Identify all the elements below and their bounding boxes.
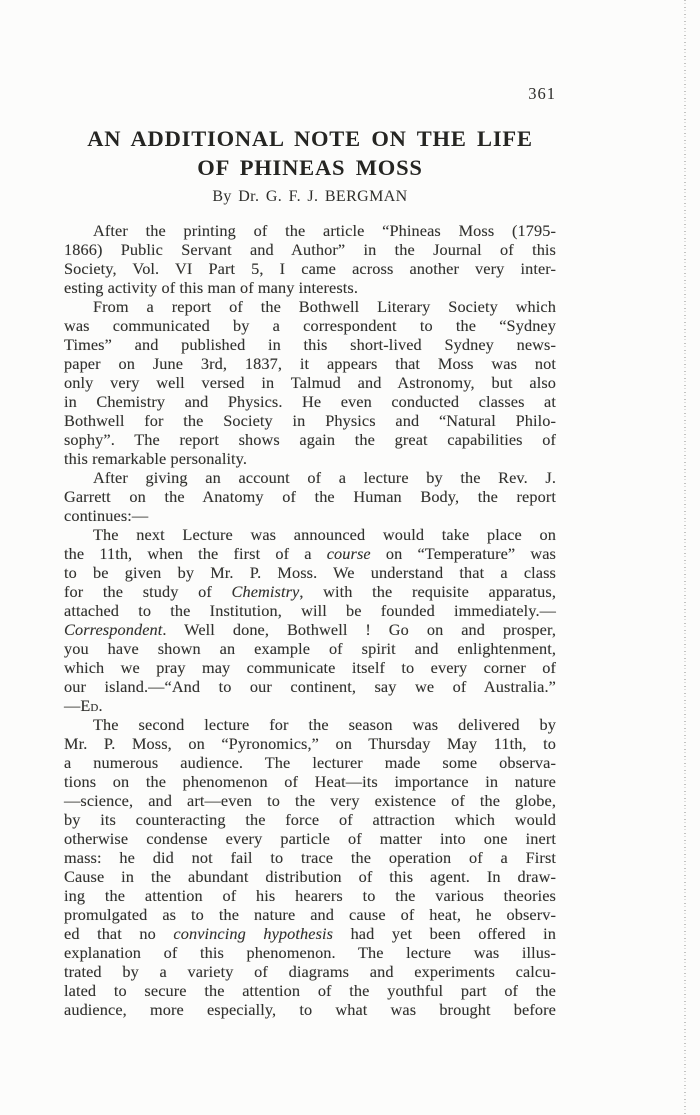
text-segment: sophy”. The report shows again the great… (64, 430, 556, 449)
text-line: otherwise condense every particle of mat… (64, 829, 556, 848)
text-segment: Cause in the abundant distribution of th… (64, 867, 556, 886)
text-line: Society, Vol. VI Part 5, I came across a… (64, 259, 556, 278)
text-line: mass: he did not fail to trace the opera… (64, 848, 556, 867)
text-segment: this remarkable personality. (64, 449, 247, 468)
text-line: Garrett on the Anatomy of the Human Body… (64, 487, 556, 506)
text-line: trated by a variety of diagrams and expe… (64, 962, 556, 981)
text-line: From a report of the Bothwell Literary S… (64, 297, 556, 316)
article-title-line2: OF PHINEAS MOSS (64, 153, 556, 182)
text-line: promulgated as to the nature and cause o… (64, 905, 556, 924)
text-segment: . Well done, Bothwell ! Go on and prospe… (162, 620, 556, 639)
text-line: by its counteracting the force of attrac… (64, 810, 556, 829)
text-segment: by its counteracting the force of attrac… (64, 810, 556, 829)
text-segment: Society, Vol. VI Part 5, I came across a… (64, 259, 556, 278)
text-line: tions on the phenomenon of Heat—its impo… (64, 772, 556, 791)
italic-text: Chemistry (232, 582, 300, 601)
smallcaps-text: —Ed. (64, 696, 103, 715)
text-segment: for the study of (64, 582, 232, 601)
text-line: —Ed. (64, 696, 556, 715)
text-segment: The second lecture for the season was de… (93, 715, 556, 734)
text-segment: promulgated as to the nature and cause o… (64, 905, 556, 924)
text-segment: ed that no (64, 924, 173, 943)
text-segment: explanation of this phenomenon. The lect… (64, 943, 556, 962)
text-segment: attached to the Institution, will be fou… (64, 601, 556, 620)
text-line: After giving an account of a lecture by … (64, 468, 556, 487)
text-line: in Chemistry and Physics. He even conduc… (64, 392, 556, 411)
text-column: 361 AN ADDITIONAL NOTE ON THE LIFE OF PH… (64, 0, 556, 1019)
text-segment: After giving an account of a lecture by … (93, 468, 556, 487)
text-segment: 1866) Public Servant and Author” in the … (64, 240, 556, 259)
italic-text: course (327, 544, 371, 563)
text-line: 1866) Public Servant and Author” in the … (64, 240, 556, 259)
text-line: which we pray may communicate itself to … (64, 658, 556, 677)
text-segment: you have shown an example of spirit and … (64, 639, 556, 658)
text-segment: which we pray may communicate itself to … (64, 658, 556, 677)
paragraph: From a report of the Bothwell Literary S… (64, 297, 556, 468)
text-line: Bothwell for the Society in Physics and … (64, 411, 556, 430)
text-segment: After the printing of the article “Phine… (93, 221, 556, 240)
text-line: ed that no convincing hypothesis had yet… (64, 924, 556, 943)
paragraph: After the printing of the article “Phine… (64, 221, 556, 297)
text-segment: in Chemistry and Physics. He even conduc… (64, 392, 556, 411)
page-number: 361 (64, 84, 556, 104)
text-line: paper on June 3rd, 1837, it appears that… (64, 354, 556, 373)
text-line: Cause in the abundant distribution of th… (64, 867, 556, 886)
text-segment: our island.—“And to our continent, say w… (64, 677, 556, 696)
text-segment: continues:— (64, 506, 148, 525)
text-line: attached to the Institution, will be fou… (64, 601, 556, 620)
text-segment: Bothwell for the Society in Physics and … (64, 411, 556, 430)
article-byline: By Dr. G. F. J. BERGMAN (64, 188, 556, 206)
text-segment: otherwise condense every particle of mat… (64, 829, 556, 848)
text-line: Times” and published in this short-lived… (64, 335, 556, 354)
italic-text: convincing hypothesis (173, 924, 333, 943)
text-line: was communicated by a correspondent to t… (64, 316, 556, 335)
text-segment: only very well versed in Talmud and Astr… (64, 373, 556, 392)
text-line: esting activity of this man of many inte… (64, 278, 556, 297)
text-line: continues:— (64, 506, 556, 525)
text-segment: —science, and art—even to the very exist… (64, 791, 556, 810)
text-segment: paper on June 3rd, 1837, it appears that… (64, 354, 556, 373)
text-segment: tions on the phenomenon of Heat—its impo… (64, 772, 556, 791)
text-segment: the 11th, when the first of a (64, 544, 327, 563)
paragraph: The second lecture for the season was de… (64, 715, 556, 1019)
text-line: The next Lecture was announced would tak… (64, 525, 556, 544)
text-segment: ing the attention of his hearers to the … (64, 886, 556, 905)
text-line: After the printing of the article “Phine… (64, 221, 556, 240)
text-line: audience, more especially, to what was b… (64, 1000, 556, 1019)
text-line: this remarkable personality. (64, 449, 556, 468)
text-segment: The next Lecture was announced would tak… (93, 525, 556, 544)
text-line: our island.—“And to our continent, say w… (64, 677, 556, 696)
article-title-line1: AN ADDITIONAL NOTE ON THE LIFE (64, 124, 556, 153)
paragraph: The next Lecture was announced would tak… (64, 525, 556, 715)
article-title: AN ADDITIONAL NOTE ON THE LIFE OF PHINEA… (64, 124, 556, 182)
scan-edge-artifact (684, 0, 686, 1115)
text-segment: Garrett on the Anatomy of the Human Body… (64, 487, 556, 506)
text-line: ing the attention of his hearers to the … (64, 886, 556, 905)
text-line: you have shown an example of spirit and … (64, 639, 556, 658)
text-line: sophy”. The report shows again the great… (64, 430, 556, 449)
text-segment: Times” and published in this short-lived… (64, 335, 556, 354)
text-segment: a numerous audience. The lecturer made s… (64, 753, 556, 772)
text-segment: had yet been offered in (333, 924, 556, 943)
text-line: the 11th, when the first of a course on … (64, 544, 556, 563)
text-segment: to be given by Mr. P. Moss. We understan… (64, 563, 556, 582)
text-line: for the study of Chemistry, with the req… (64, 582, 556, 601)
text-line: only very well versed in Talmud and Astr… (64, 373, 556, 392)
italic-text: Correspondent (64, 620, 162, 639)
text-line: explanation of this phenomenon. The lect… (64, 943, 556, 962)
text-line: —science, and art—even to the very exist… (64, 791, 556, 810)
text-line: a numerous audience. The lecturer made s… (64, 753, 556, 772)
text-segment: , with the requisite apparatus, (299, 582, 556, 601)
text-line: Mr. P. Moss, on “Pyronomics,” on Thursda… (64, 734, 556, 753)
text-segment: was communicated by a correspondent to t… (64, 316, 556, 335)
text-line: The second lecture for the season was de… (64, 715, 556, 734)
text-segment: esting activity of this man of many inte… (64, 278, 358, 297)
text-segment: trated by a variety of diagrams and expe… (64, 962, 556, 981)
text-segment: mass: he did not fail to trace the opera… (64, 848, 556, 867)
text-segment: audience, more especially, to what was b… (64, 1000, 556, 1019)
text-segment: lated to secure the attention of the you… (64, 981, 556, 1000)
paragraph: After giving an account of a lecture by … (64, 468, 556, 525)
article-body: After the printing of the article “Phine… (64, 221, 556, 1019)
text-line: Correspondent. Well done, Bothwell ! Go … (64, 620, 556, 639)
text-segment: Mr. P. Moss, on “Pyronomics,” on Thursda… (64, 734, 556, 753)
text-line: to be given by Mr. P. Moss. We understan… (64, 563, 556, 582)
text-line: lated to secure the attention of the you… (64, 981, 556, 1000)
text-segment: From a report of the Bothwell Literary S… (93, 297, 556, 316)
text-segment: on “Temperature” was (371, 544, 556, 563)
